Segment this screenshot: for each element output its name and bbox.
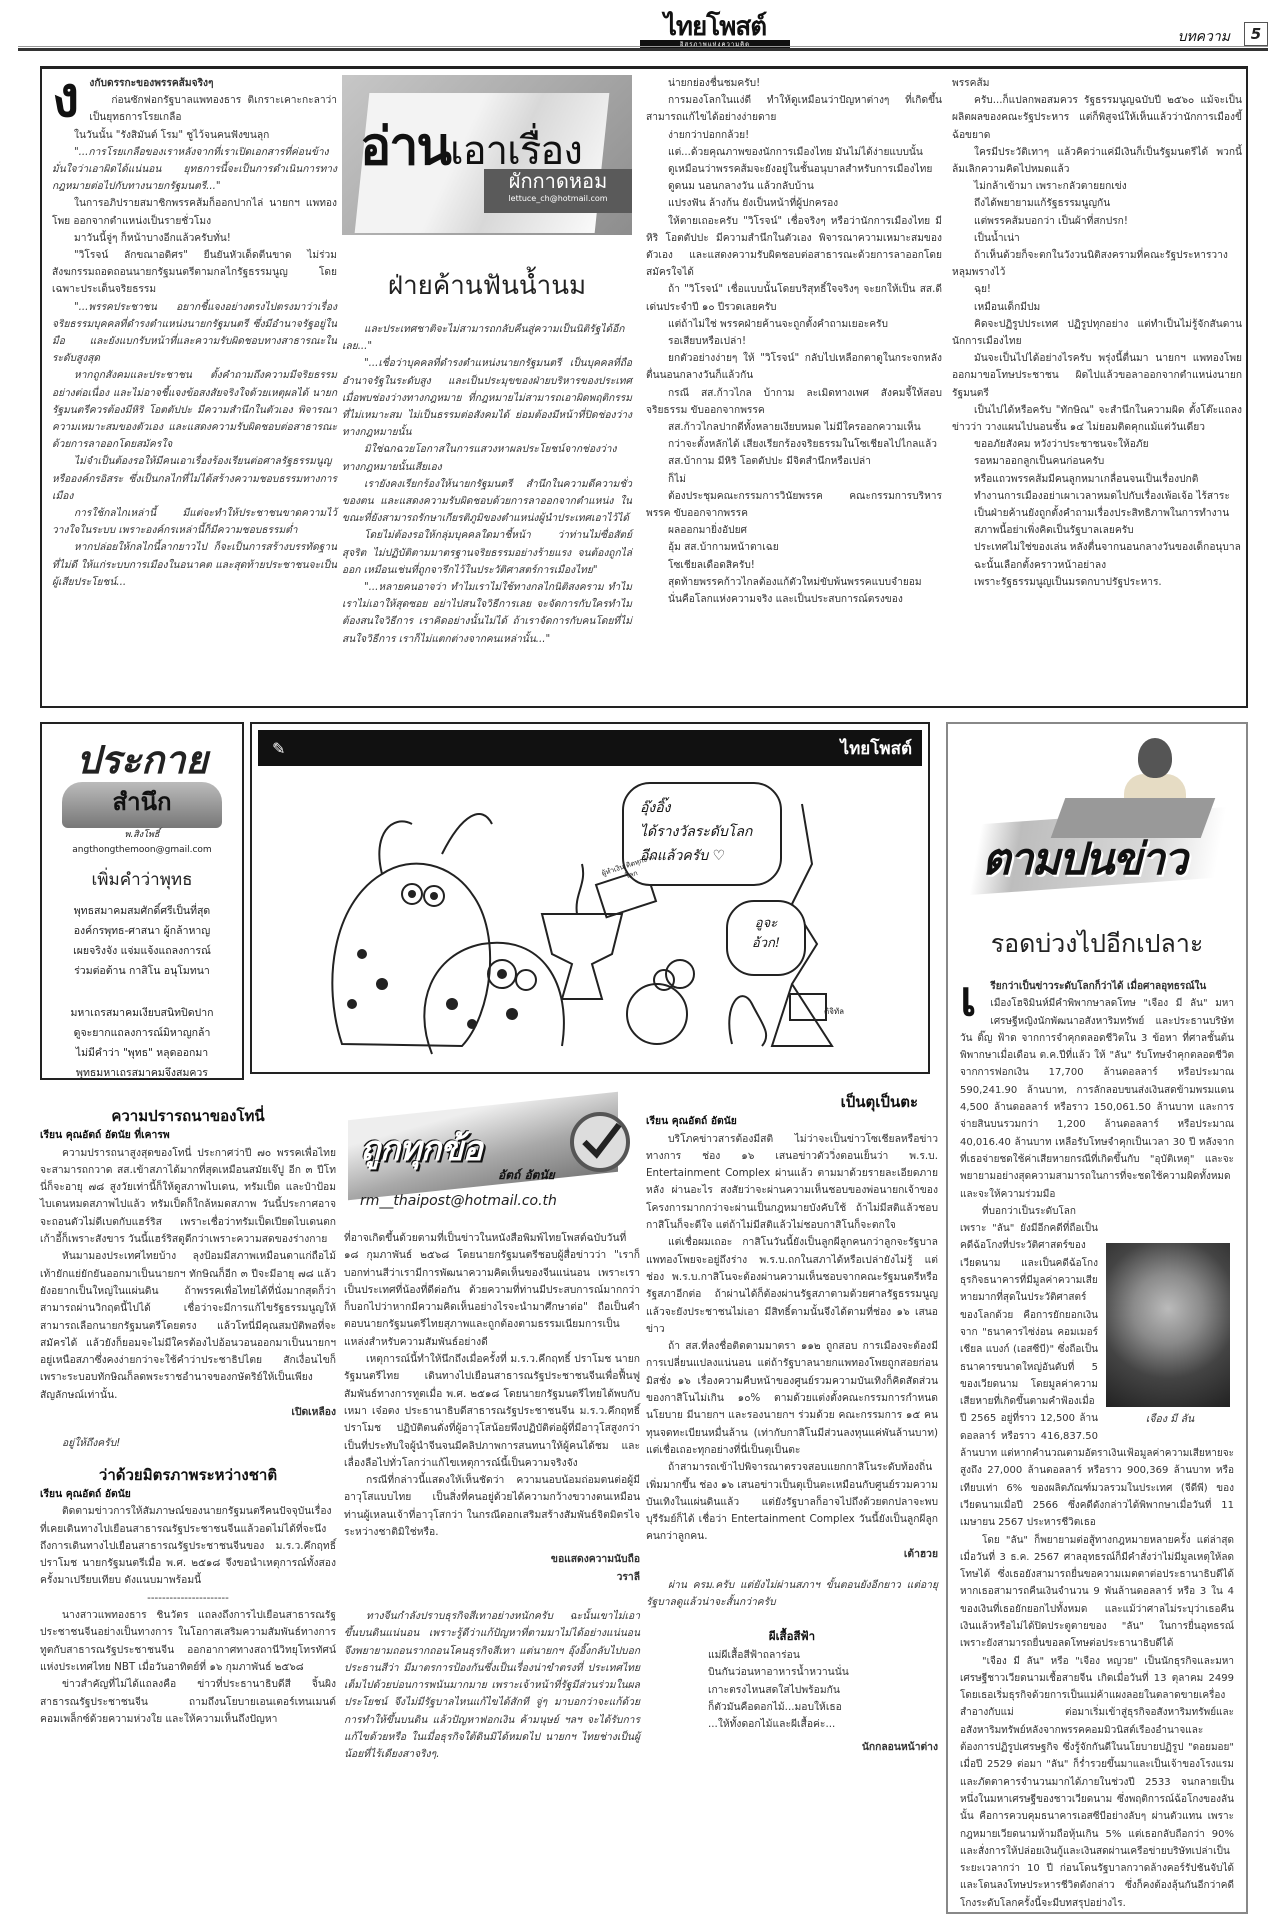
mascot-icon: ✎: [272, 736, 285, 762]
news-headline: รอดบ่วงไปอีกเปลาะ: [948, 924, 1246, 965]
poem-lines: แม่ผีเสื้อสีฟ้าถลาร่อน บินกันว่อนหาอาหาร…: [646, 1647, 938, 1733]
poem-title: ผีเสื้อสีฟ้า: [646, 1628, 938, 1645]
cartoon-header-bar: ✎ ไทยโพสต์: [258, 730, 922, 766]
editorial-cartoon: ✎ ไทยโพสต์ อุ๊งอิ๊ง ได้รางวัลระดับโลก อี: [250, 722, 930, 1074]
editorial-column-middle: และประเทศชาติจะไม่สามารถกลับคืนสู่ความเป…: [342, 321, 632, 648]
column-logo-text: ตามปนข่าว: [982, 824, 1186, 895]
portrait-image: [1106, 1243, 1230, 1407]
author-name: ผักกาดหอม: [484, 169, 632, 193]
masthead: ไทยโพสต์ อิสรภาพแห่งความคิด บทความ 5: [0, 0, 1286, 58]
letters-logo-title: ถูกทุกข้อ: [360, 1122, 482, 1177]
letters-column-middle: ที่อาจเกิดขึ้นด้วยตามที่เป็นข่าวในหนังสื…: [344, 1230, 640, 1764]
letter-title: เป็นตุเป็นตะ: [646, 1094, 938, 1111]
checkmark-icon: [570, 1112, 630, 1172]
editor-reply: ทางจีนกำลังปราบธุรกิจสีเทาอย่างหนักครับ …: [344, 1608, 640, 1764]
letter-signature: วราลี: [344, 1569, 640, 1586]
divider-line: ----------------------: [40, 1590, 336, 1607]
poem-title: เพิ่มคำว่าพุทธ: [42, 867, 242, 895]
editor-reply: อยู่ให้ถึงครับ!: [40, 1435, 336, 1452]
editorial-column-box: ง งกับดรรกะของพรรคส้มจริงๆ ก่อนซักฟอกรัฐ…: [40, 66, 1248, 708]
header-rule: [18, 48, 1268, 51]
lead-line: รียกว่าเป็นข่าวระดับโลกก็ว่าได้ เมื่อศาล…: [960, 978, 1234, 995]
news-column-box: ตามปนข่าว รอดบ่วงไปอีกเปลาะ เ รียกว่าเป็…: [946, 722, 1248, 1914]
newspaper-logo[interactable]: ไทยโพสต์ อิสรภาพแห่งความคิด: [640, 14, 790, 49]
poem-box: ประกาย สำนึก พ.สิงโพธิ์ angthongthemoon@…: [40, 722, 244, 1080]
letter-closing: ขอแสดงความนับถือ: [344, 1551, 640, 1568]
poem-email[interactable]: angthongthemoon@gmail.com: [42, 843, 242, 858]
cartoon-brand: ไทยโพสต์: [841, 736, 912, 764]
column-logo: ตามปนข่าว: [968, 738, 1228, 898]
letters-column-left: ความปรารถนาของโทนี่ เรียน คุณอัตถ์ อัตนั…: [40, 1104, 336, 1728]
letter-title: ว่าด้วยมิตรภาพระหว่างชาติ: [40, 1467, 336, 1484]
letters-column-logo: ถูกทุกข้อ อัตถ์ อัตนัย rm__thaipost@hotm…: [348, 1090, 648, 1220]
thought-bubble: อูจะ อ้วก!: [726, 900, 806, 976]
editorial-headline: ฝ่ายค้านฟันน้ำนม: [342, 265, 632, 307]
editor-reply: ผ่าน ครม.ครับ แต่ยังไม่ผ่านสภาฯ ขั้นตอนย…: [646, 1577, 938, 1612]
photo-caption: เจือง มี ลัน: [1106, 1411, 1234, 1428]
letter-signature: เปิดเหลือง: [40, 1404, 336, 1421]
lead-line: งกับดรรกะของพรรคส้มจริงๆ: [52, 75, 337, 92]
editorial-column-right: น่ายกย่องชื่นชมครับ! การมองโลกในแง่ดี ทำ…: [646, 75, 942, 608]
letters-logo-author: อัตถ์ อัตนัย: [498, 1166, 555, 1185]
column-banner: อ่านเอาเรื่อง ผักกาดหอม lettuce_ch@hotma…: [342, 75, 632, 235]
editorial-column-far-right: พรรคส้ม ครับ...ก็แปลกพอสมควร รัฐธรรมนูญฉ…: [952, 75, 1242, 591]
news-body: เ รียกว่าเป็นข่าวระดับโลกก็ว่าได้ เมื่อศ…: [960, 978, 1234, 1912]
page-number: 5: [1244, 22, 1268, 46]
poem-stanza-1: พุทธสมาคมสมศักดิ์ศรีเป็นที่สุด องค์กรพุท…: [42, 901, 242, 981]
letters-email[interactable]: rm__thaipost@hotmail.co.th: [360, 1190, 557, 1213]
header-divider: [18, 46, 1268, 47]
letter-signature: เต้าฮวย: [646, 1546, 938, 1563]
editorial-column-left: ง งกับดรรกะของพรรคส้มจริงๆ ก่อนซักฟอกรัฐ…: [52, 75, 337, 591]
letters-column-right: เป็นตุเป็นตะ เรียน คุณอัตถ์ อัตนัย บริโภ…: [646, 1090, 938, 1757]
drop-cap: ง: [52, 75, 79, 121]
poem-byline: พ.สิงโพธิ์: [42, 828, 242, 843]
author-strip: ผักกาดหอม lettuce_ch@hotmail.com: [484, 169, 632, 213]
letter-title: ความปรารถนาของโทนี่: [40, 1108, 336, 1125]
letter-salutation: เรียน คุณอัตถ์ อัตนัย: [40, 1486, 336, 1503]
poem-signature: นักกลอนหน้าต่าง: [646, 1739, 938, 1756]
poem-scroll-banner: สำนึก: [62, 782, 222, 828]
tower-label: ดิจิทัล: [824, 1006, 844, 1019]
author-email[interactable]: lettuce_ch@hotmail.com: [484, 193, 632, 205]
letter-salutation: เรียน คุณอัตถ์ อัตนัย ที่เคารพ: [40, 1127, 336, 1144]
news-photo: เจือง มี ลัน: [1106, 1243, 1234, 1428]
letter-salutation: เรียน คุณอัตถ์ อัตนัย: [646, 1113, 938, 1130]
poem-stanza-2: มหาเถรสมาคมเงียบสนิทปิดปาก ดูจะยากแถลงกา…: [42, 1003, 242, 1083]
drop-cap: เ: [960, 978, 976, 1020]
poem-column-title: ประกาย: [42, 740, 242, 780]
